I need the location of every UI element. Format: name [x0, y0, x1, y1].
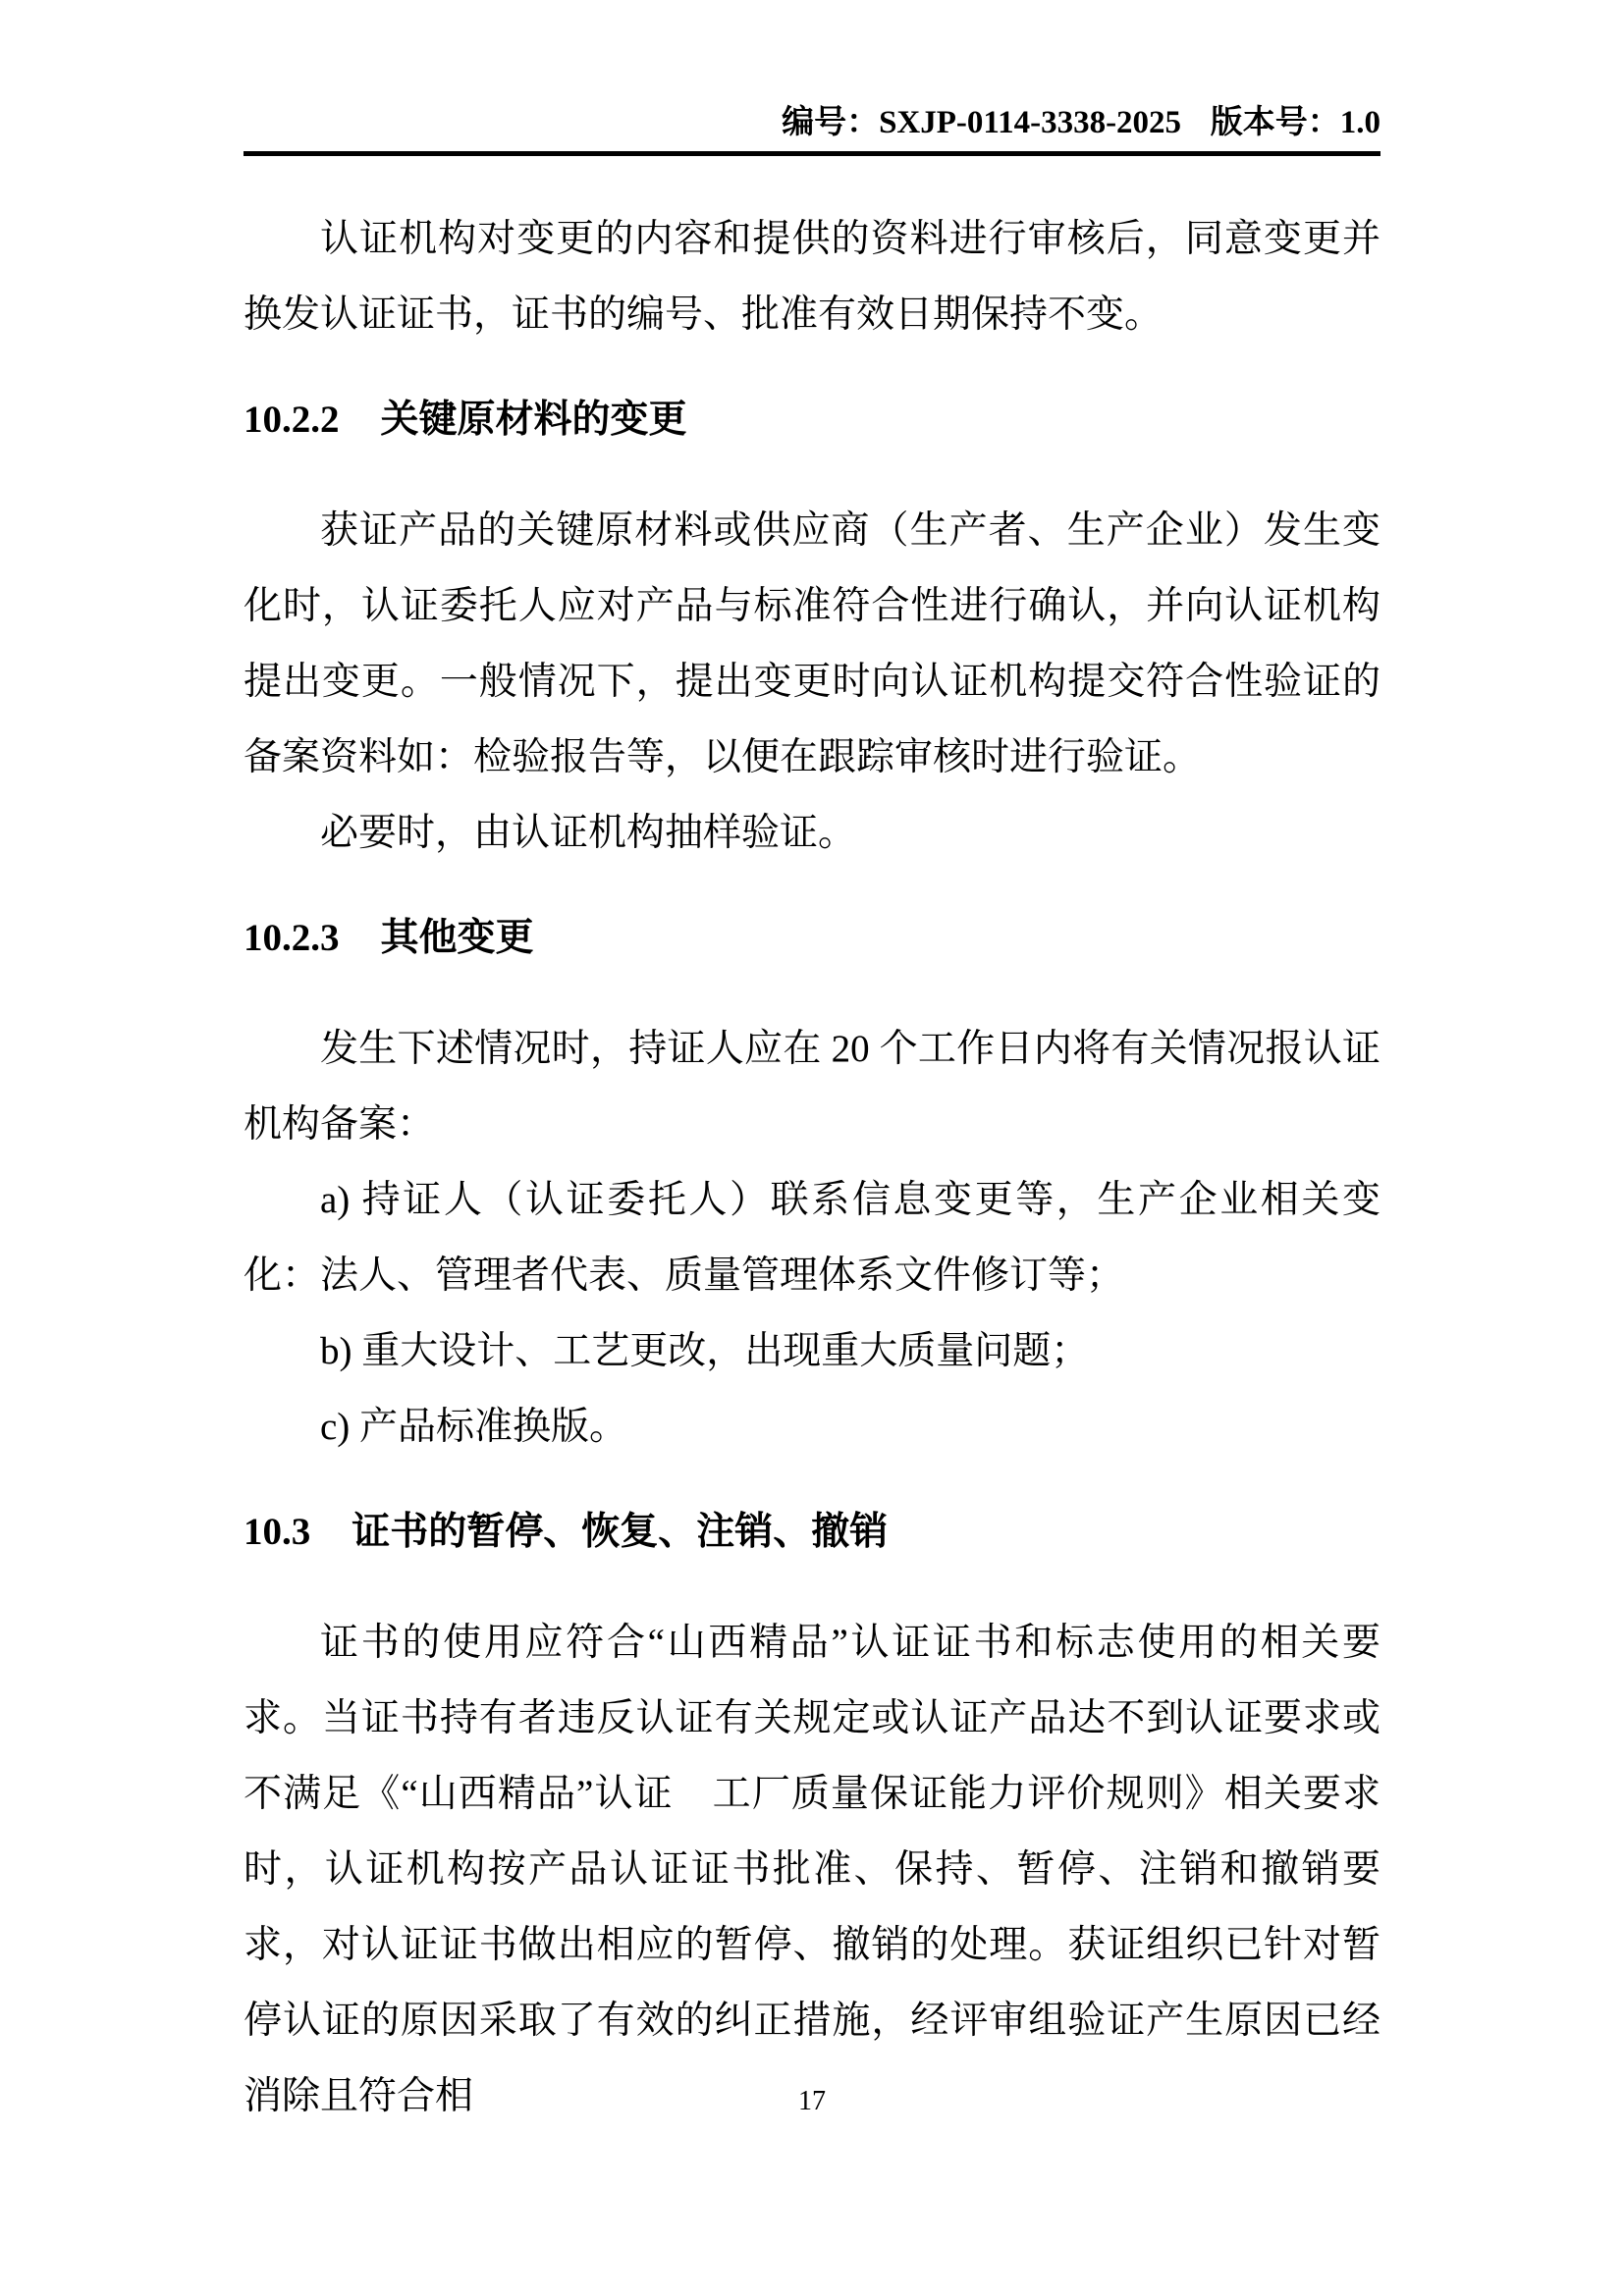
page-header: 编号：SXJP-0114-3338-2025版本号：1.0: [244, 104, 1380, 141]
doc-code-value: SXJP-0114-3338-2025: [879, 105, 1181, 140]
version-value: 1.0: [1340, 105, 1380, 140]
paragraph-suspension: 证书的使用应符合“山西精品”认证证书和标志使用的相关要求。当证书持有者违反认证有…: [244, 1605, 1380, 2134]
list-item-c: c) 产品标准换版。: [244, 1389, 1380, 1465]
document-page: 编号：SXJP-0114-3338-2025版本号：1.0 认证机构对变更的内容…: [0, 0, 1624, 2296]
doc-code-label: 编号：: [782, 105, 879, 140]
section-heading-10-2-3: 10.2.3其他变更: [244, 900, 1380, 976]
version-label: 版本号：: [1211, 105, 1340, 140]
section-title: 证书的暂停、恢复、注销、撤销: [352, 1511, 888, 1553]
section-number: 10.3: [244, 1511, 310, 1553]
page-content: 编号：SXJP-0114-3338-2025版本号：1.0 认证机构对变更的内容…: [244, 0, 1380, 2134]
document-body: 认证机构对变更的内容和提供的资料进行审核后，同意变更并换发认证证书，证书的编号、…: [244, 201, 1380, 2134]
list-item-b: b) 重大设计、工艺更改，出现重大质量问题；: [244, 1313, 1380, 1389]
paragraph-key-materials: 获证产品的关键原材料或供应商（生产者、生产企业）发生变化时，认证委托人应对产品与…: [244, 493, 1380, 795]
section-title: 其他变更: [381, 917, 534, 959]
section-number: 10.2.3: [244, 917, 340, 959]
section-title: 关键原材料的变更: [381, 399, 687, 441]
section-number: 10.2.2: [244, 399, 340, 441]
paragraph-sampling: 必要时，由认证机构抽样验证。: [244, 795, 1380, 871]
paragraph-intro: 认证机构对变更的内容和提供的资料进行审核后，同意变更并换发认证证书，证书的编号、…: [244, 201, 1380, 352]
page-number: 17: [0, 2085, 1624, 2118]
section-heading-10-3: 10.3证书的暂停、恢复、注销、撤销: [244, 1494, 1380, 1570]
section-heading-10-2-2: 10.2.2关键原材料的变更: [244, 382, 1380, 457]
header-rule: [244, 151, 1380, 156]
paragraph-other-changes-intro: 发生下述情况时，持证人应在 20 个工作日内将有关情况报认证机构备案：: [244, 1011, 1380, 1162]
list-item-a: a) 持证人（认证委托人）联系信息变更等，生产企业相关变化：法人、管理者代表、质…: [244, 1162, 1380, 1313]
